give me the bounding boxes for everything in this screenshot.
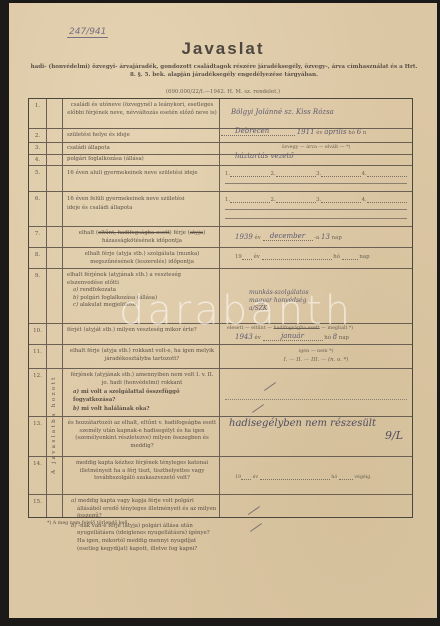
option-label: elesett bbox=[227, 326, 243, 331]
form-row-2: 2. születési helye és ideje Debrecen 191… bbox=[29, 129, 412, 143]
unit-label: hó bbox=[333, 254, 340, 260]
question-text: elhalt férjének (atyjának stb.) a veszte… bbox=[67, 272, 217, 310]
handwritten-answer: Bölgyi Jolánné sz. Kiss Rózsa bbox=[221, 108, 334, 116]
question-text: elhalt férje (atyja stb.) rokkant volt-e… bbox=[67, 348, 217, 363]
answer-field[interactable]: özvegy — árva — elvált — *) bbox=[221, 145, 411, 150]
rank-occupation-unit-field[interactable]: munkás-szolgálatos magyar honvédség a/SZ… bbox=[221, 289, 439, 313]
unit-label: év bbox=[255, 235, 261, 241]
decree-reference: (690.000/22/I.—1942. H. M. sz. rendelet.… bbox=[9, 89, 437, 95]
handwritten-answer: háztartás vezető bbox=[235, 152, 293, 160]
class-options: I. — II. — III. — (n. o. *) bbox=[221, 356, 411, 364]
form-row-11: 11. elhalt férje (atyja stb.) rokkant vo… bbox=[29, 345, 412, 369]
yes-no-options: igen — nem *) bbox=[221, 348, 411, 356]
row-number: 4. bbox=[29, 157, 46, 163]
form-row-9: 9. elhalt férjének (atyjának stb.) a ves… bbox=[29, 269, 412, 324]
row-number: 9. bbox=[29, 273, 46, 279]
handwritten-day: 6 bbox=[357, 128, 361, 136]
form-row-14: 14. meddig kapta kézhez férjének tényleg… bbox=[29, 457, 412, 495]
question-text: családi és utóneve (özvegynél a leánykor… bbox=[67, 102, 217, 117]
handwritten-year: 1943 bbox=[235, 333, 253, 341]
unit-label: év bbox=[316, 130, 322, 136]
sub-question-a: a) rendfokozata bbox=[67, 287, 217, 295]
unit-label: -a bbox=[314, 235, 319, 241]
loss-type-date-field[interactable]: elesett — eltűnt — hadifogságba esett — … bbox=[221, 326, 411, 341]
row-number: 11. bbox=[29, 349, 46, 355]
unit-label: végéig bbox=[354, 475, 370, 480]
answer-field[interactable]: Bölgyi Jolánné sz. Kiss Rózsa bbox=[221, 108, 411, 116]
year-prefix: 19 bbox=[235, 254, 242, 260]
disability-class-field[interactable]: igen — nem *) I. — II. — III. — (n. o. *… bbox=[221, 348, 411, 364]
question-text: 16 éven felüli gyermekeinek neve születé… bbox=[67, 195, 187, 213]
deficiency-cause-field[interactable] bbox=[221, 383, 411, 411]
reference-number: 247/941 bbox=[67, 27, 108, 38]
unit-label: hó bbox=[348, 130, 355, 136]
row-number: 15. bbox=[29, 499, 46, 505]
form-row-8: 8. elhalt férje (atyja stb.) szolgálata … bbox=[29, 248, 412, 269]
row-number: 7. bbox=[29, 231, 46, 237]
document-subtitle: hadi- (honvédelmi) özvegyi- árvajáradék,… bbox=[29, 63, 419, 79]
handwritten-initials: 9/L bbox=[229, 429, 419, 442]
question-main: férjének (atyjának stb.) amennyiben nem … bbox=[67, 372, 217, 387]
document-page: 247/941 Javaslat hadi- (honvédelmi) özve… bbox=[9, 3, 437, 618]
question-text: elhalt (eltűnt, hadifogságba esett) férj… bbox=[67, 230, 217, 245]
question-main: elhalt férjének (atyjának stb.) a veszte… bbox=[67, 272, 217, 287]
war-aid-field[interactable]: hadisegélyben nem részesült 9/L bbox=[221, 418, 419, 442]
option-label: meghalt *) bbox=[328, 326, 354, 331]
form-row-5: 5. 16 éven aluli gyermekeinek neve szüle… bbox=[29, 166, 412, 192]
military-pay-until-field[interactable]: 19 év hó végéig bbox=[221, 475, 425, 480]
question-text: férjét (atyját stb.) milyen veszteség mi… bbox=[67, 327, 217, 335]
row-number: 6. bbox=[29, 196, 46, 202]
unit-label: év bbox=[253, 475, 259, 480]
service-end-date-field[interactable]: 19 év hó nap bbox=[221, 254, 425, 260]
answer-field[interactable]: háztartás vezető bbox=[221, 152, 425, 160]
form-row-1: 1. családi és utóneve (özvegynél a leány… bbox=[29, 99, 412, 129]
answer-field[interactable]: Debrecen 1911 év április hó 6 n bbox=[221, 127, 411, 136]
handwritten-unit: a/SZK bbox=[249, 305, 439, 313]
children-over-16-field[interactable]: 1. 2. 3. 4. bbox=[221, 197, 411, 219]
row-number: 10. bbox=[29, 328, 46, 334]
form-row-4: 4. polgári foglalkozása (állása) háztart… bbox=[29, 155, 412, 166]
unit-label: nap bbox=[359, 254, 369, 260]
handwritten-year: 1911 bbox=[297, 128, 315, 136]
option-label: eltűnt bbox=[251, 326, 265, 331]
unit-label: hó bbox=[324, 335, 331, 341]
row-number: 3. bbox=[29, 145, 46, 151]
row-number: 5. bbox=[29, 170, 46, 176]
marriage-date-field[interactable]: 1939 év december -a 13 nap bbox=[221, 232, 425, 241]
sub-question-a: a) meddig kapta vagy kapja férje volt po… bbox=[75, 498, 217, 521]
unit-label: év bbox=[255, 335, 261, 341]
question-text: és hozzátartozói az elhalt, eltűnt v. ha… bbox=[67, 420, 217, 450]
handwritten-rank: munkás-szolgálatos bbox=[249, 289, 439, 297]
unit-label: n bbox=[363, 130, 366, 136]
document-title: Javaslat bbox=[9, 39, 437, 59]
handwritten-day: 13 bbox=[321, 233, 330, 241]
footnote: *) A meg nem felelő törlendő kell. bbox=[47, 521, 129, 526]
unit-label: nap bbox=[332, 235, 342, 241]
unit-label: nap bbox=[339, 335, 349, 341]
question-text: családi állapota bbox=[67, 145, 217, 153]
handwritten-year: 1939 bbox=[235, 233, 253, 241]
unit-label: hó bbox=[331, 475, 337, 480]
form-row-6: 6. 16 éven felüli gyermekeinek neve szül… bbox=[29, 192, 412, 227]
handwritten-month: január bbox=[281, 332, 304, 340]
form-row-12: 12. férjének (atyjának stb.) amennyiben … bbox=[29, 369, 412, 417]
form-row-7: 7. elhalt (eltűnt, hadifogságba esett) f… bbox=[29, 227, 412, 248]
civil-pay-pension-field[interactable] bbox=[221, 507, 411, 530]
unit-label: év bbox=[254, 254, 260, 260]
form-row-10: 10. férjét (atyját stb.) milyen vesztesé… bbox=[29, 324, 412, 345]
handwritten-month: április bbox=[324, 128, 346, 136]
handwritten-answer: hadisegélyben nem részesült bbox=[229, 418, 376, 429]
sub-question-b: b) -nak van-e férje (atyja) polgári állá… bbox=[75, 523, 217, 553]
sub-question-b: b) mi volt halálának oka? bbox=[67, 406, 217, 414]
question-text: 16 éven aluli gyermekeinek neve születés… bbox=[67, 169, 217, 178]
form-table: A javaslatba hozott 1. családi és utónev… bbox=[28, 98, 413, 518]
handwritten-occupation: magyar honvédség bbox=[249, 297, 439, 305]
children-under-16-field[interactable]: 1. 2. 3. 4. bbox=[221, 171, 411, 184]
row-number: 14. bbox=[29, 461, 46, 467]
sub-question-a: a) mi volt a szolgálattal összefüggő fog… bbox=[67, 389, 217, 404]
row-number: 12. bbox=[29, 373, 46, 379]
row-number: 2. bbox=[29, 133, 46, 139]
question-text: meddig kapta kézhez férjének tényleges k… bbox=[67, 460, 217, 483]
row-number: 8. bbox=[29, 252, 46, 258]
form-row-13: 13. és hozzátartozói az elhalt, eltűnt v… bbox=[29, 417, 412, 457]
handwritten-month: december bbox=[270, 232, 305, 240]
sub-question-c: c) alakulat megjelölése bbox=[67, 302, 217, 310]
question-text: születési helye és ideje bbox=[67, 132, 217, 140]
row-number: 13. bbox=[29, 421, 46, 427]
handwritten-day: 8 bbox=[333, 333, 337, 341]
question-text: elhalt férje (atyja stb.) szolgálata (mu… bbox=[67, 251, 217, 266]
row-number: 1. bbox=[29, 103, 46, 109]
question-text: polgári foglalkozása (állása) bbox=[67, 156, 217, 164]
question-text: férjének (atyjának stb.) amennyiben nem … bbox=[67, 372, 217, 414]
handwritten-place: Debrecen bbox=[235, 127, 269, 135]
form-row-15: 15. a) meddig kapta vagy kapja férje vol… bbox=[29, 495, 412, 519]
option-label-struck: hadifogságba esett bbox=[274, 326, 320, 331]
